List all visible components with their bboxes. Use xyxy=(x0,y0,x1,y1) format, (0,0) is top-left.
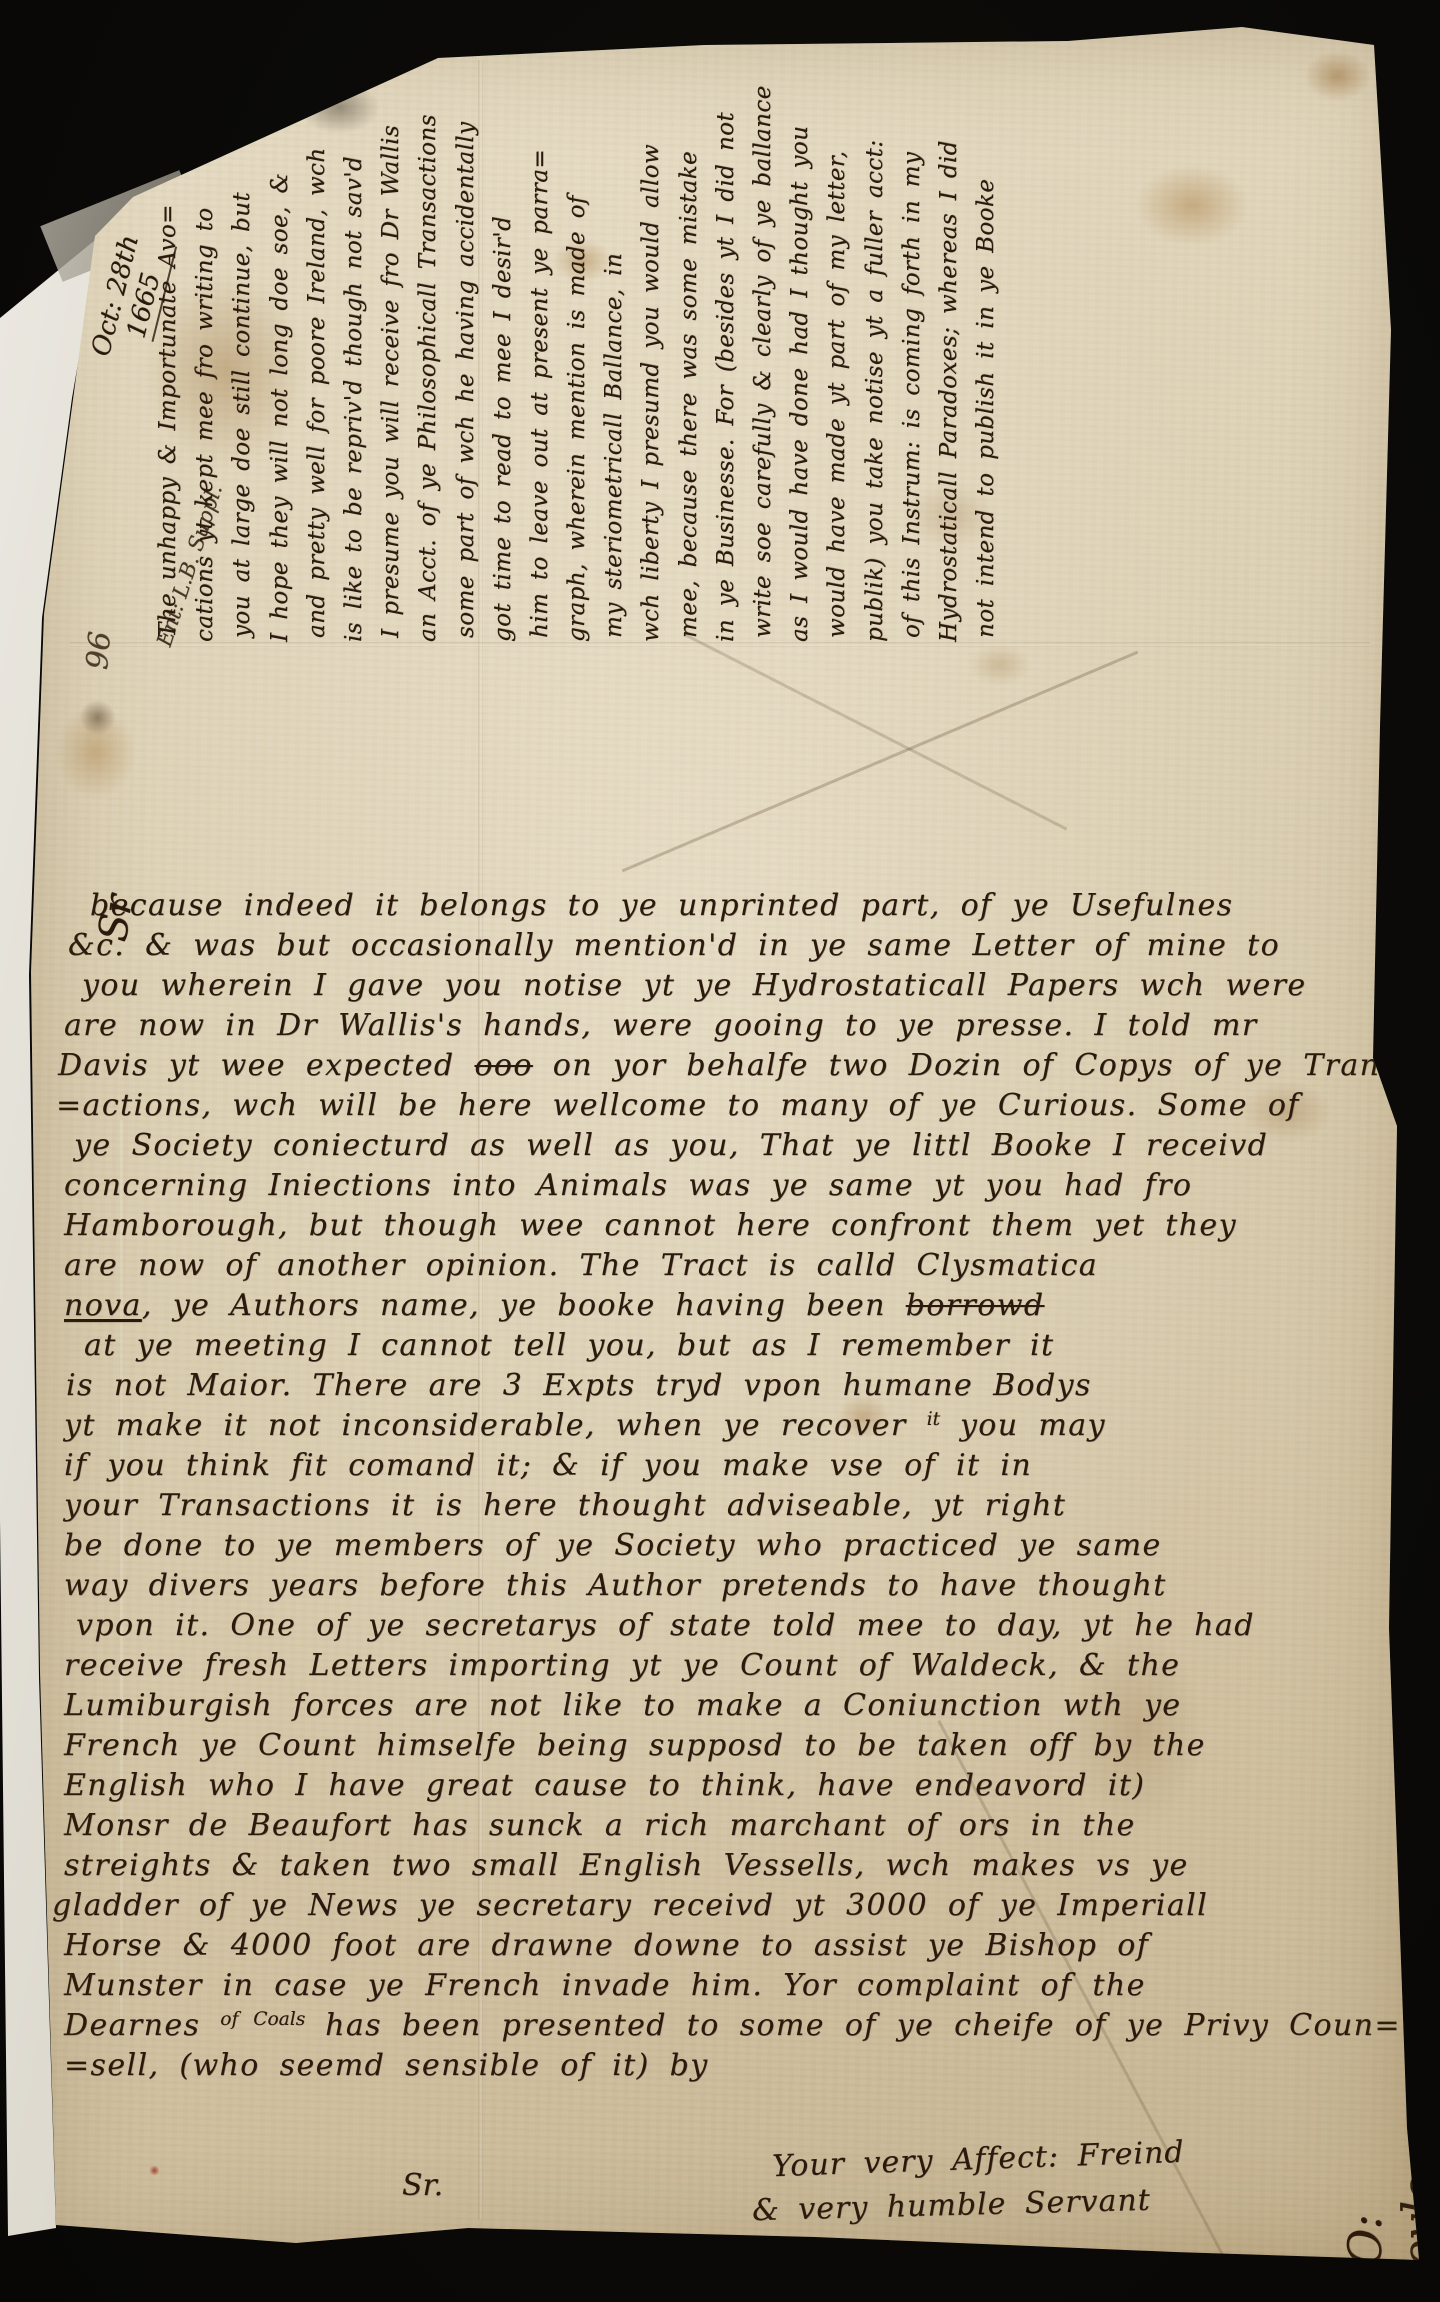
letter-body-rotated: The unhappy & Importunate Avo=cations yt… xyxy=(150,42,1018,642)
manuscript-line: The unhappy & Importunate Avo= xyxy=(150,38,187,638)
manuscript-line: because indeed it belongs to ye unprinte… xyxy=(90,886,1396,926)
manuscript-line: ye Society coniecturd as well as you, Th… xyxy=(74,1126,1396,1166)
manuscript-line: you at large doe still continue, but xyxy=(224,38,261,638)
ink-speckle xyxy=(70,690,125,745)
manuscript-line: is not Maior. There are 3 Expts tryd vpo… xyxy=(66,1366,1396,1406)
manuscript-line: Davis yt wee expected ooo on yor behalfe… xyxy=(58,1046,1396,1086)
manuscript-line: cations yt kept mee fro writing to xyxy=(187,42,224,642)
manuscript-line: my steriometricall Ballance, in xyxy=(596,38,633,638)
manuscript-line: if you think fit comand it; & if you mak… xyxy=(64,1446,1396,1486)
manuscript-line: as I would have done had I thought you xyxy=(782,42,819,642)
folio-number: 96 xyxy=(80,630,118,671)
manuscript-line: are now in Dr Wallis's hands, were gooin… xyxy=(64,1006,1396,1046)
crease-diagonal xyxy=(683,633,1067,831)
manuscript-line: some part of wch he having accidentally xyxy=(448,38,485,638)
manuscript-line: of this Instrum: is coming forth in my xyxy=(894,38,931,638)
stain xyxy=(955,635,1045,695)
manuscript-line: mee, because there was some mistake xyxy=(671,38,708,638)
manuscript-line: streights & taken two small English Vess… xyxy=(64,1846,1396,1886)
manuscript-line: Hamborough, but though wee cannot here c… xyxy=(64,1206,1396,1246)
manuscript-line: vpon it. One of ye secretarys of state t… xyxy=(76,1606,1396,1646)
manuscript-line: not intend to publish it in ye Booke xyxy=(968,38,1005,638)
manuscript-line: write soe carefully & clearly of ye ball… xyxy=(745,38,782,638)
manuscript-line: wch liberty I presumd you would allow xyxy=(633,42,670,642)
closing-salutation: Sr. xyxy=(402,2168,443,2203)
manuscript-line: graph, wherein mention is made of xyxy=(559,42,596,642)
manuscript-line: English who I have great cause to think,… xyxy=(64,1766,1396,1806)
letter-body-horizontal: because indeed it belongs to ye unprinte… xyxy=(56,886,1396,2086)
crease-diagonal xyxy=(622,651,1139,873)
stain xyxy=(38,685,153,820)
manuscript-line: are now of another opinion. The Tract is… xyxy=(64,1246,1396,1286)
fold-crease-horizontal xyxy=(70,642,1370,647)
manuscript-line: got time to read to mee I desir'd xyxy=(485,42,522,642)
manuscript-line: concerning Iniections into Animals was y… xyxy=(64,1166,1396,1206)
manuscript-line: him to leave out at present ye parra= xyxy=(522,38,559,638)
manuscript-line: and pretty well for poore Ireland, wch xyxy=(299,38,336,638)
closing-line: Your very Affect: Freind xyxy=(772,2135,1186,2184)
letter-paper: Oct: 28th 1665 Ent: L.B. Suppl. 96 Sr Th… xyxy=(0,0,1440,2302)
manuscript-line: be done to ye members of ye Society who … xyxy=(64,1526,1396,1566)
manuscript-line: =actions, wch will be here wellcome to m… xyxy=(56,1086,1396,1126)
manuscript-line: receive fresh Letters importing yt ye Co… xyxy=(64,1646,1396,1686)
manuscript-line: Hydrostaticall Paradoxes; whereas I did xyxy=(931,42,968,642)
manuscript-line: I hope they will not long doe soe, & xyxy=(262,42,299,642)
manuscript-photo: Oct: 28th 1665 Ent: L.B. Suppl. 96 Sr Th… xyxy=(0,0,1440,2302)
manuscript-line: an Acct. of ye Philosophicall Transactio… xyxy=(410,42,447,642)
manuscript-line: way divers years before this Author pret… xyxy=(64,1566,1396,1606)
manuscript-line: you wherein I gave you notise yt ye Hydr… xyxy=(82,966,1396,1006)
manuscript-line: gladder of ye News ye secretary receivd … xyxy=(52,1886,1396,1926)
manuscript-line: at ye meeting I cannot tell you, but as … xyxy=(84,1326,1396,1366)
signature: RO: Boyle xyxy=(1338,2090,1440,2300)
manuscript-line: would have made yt part of my letter, xyxy=(819,38,856,638)
closing-line: & very humble Servant xyxy=(752,2183,1152,2228)
stain xyxy=(1112,148,1272,263)
manuscript-line: I presume you will receive fro Dr Wallis xyxy=(373,38,410,638)
manuscript-line: is like to be repriv'd though not sav'd xyxy=(336,42,373,642)
manuscript-line: Lumiburgish forces are not like to make … xyxy=(64,1686,1396,1726)
manuscript-line: in ye Businesse. For (besides yt I did n… xyxy=(708,42,745,642)
manuscript-line: publik) you take notise yt a fuller acct… xyxy=(857,42,894,642)
manuscript-line: French ye Count himselfe being supposd t… xyxy=(64,1726,1396,1766)
manuscript-line: your Transactions it is here thought adv… xyxy=(64,1486,1396,1526)
manuscript-line: nova, ye Authors name, ye booke having b… xyxy=(64,1286,1396,1326)
stain xyxy=(1290,40,1385,112)
manuscript-line: &c. & was but occasionally mention'd in … xyxy=(68,926,1396,966)
manuscript-line: =sell, (who seemd sensible of it) by xyxy=(64,2046,1396,2086)
manuscript-line: yt make it not inconsiderable, when ye r… xyxy=(64,1406,1396,1446)
red-ink-dot xyxy=(148,2164,161,2177)
manuscript-line: Dearnes of Coals has been presented to s… xyxy=(64,2006,1396,2046)
manuscript-line: Horse & 4000 foot are drawne downe to as… xyxy=(64,1926,1396,1966)
manuscript-line: Monsr de Beaufort has sunck a rich march… xyxy=(64,1806,1396,1846)
